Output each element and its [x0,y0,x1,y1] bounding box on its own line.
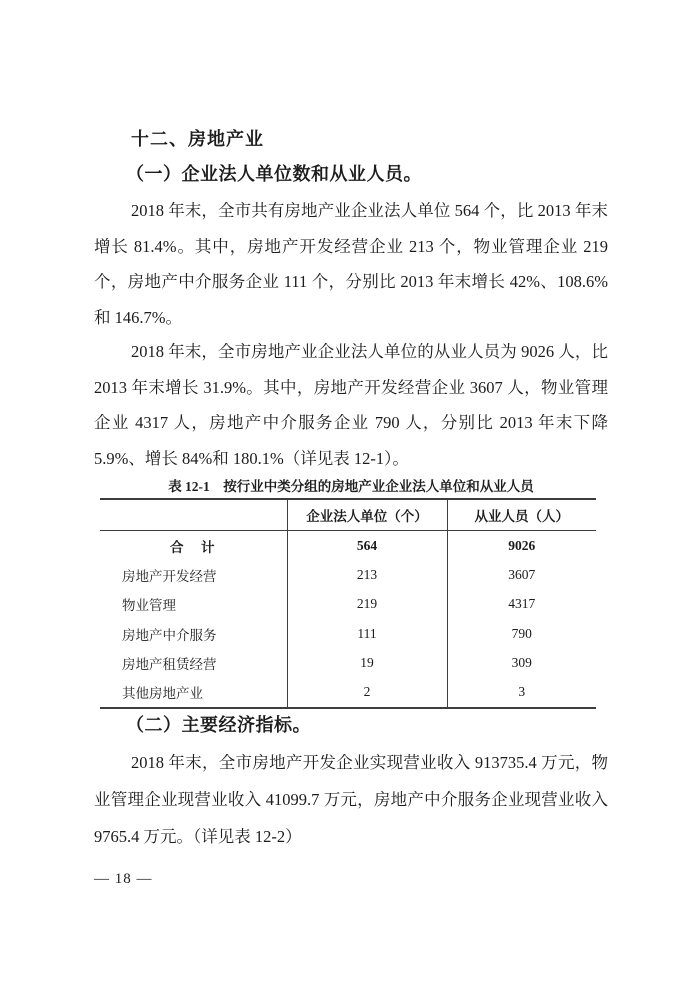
subsection-heading-1: （一）企业法人单位数和从业人员。 [126,160,422,186]
row-units-value: 564 [287,531,447,561]
header-cell-units: 企业法人单位（个） [287,499,447,531]
document-page: 十二、房地产业 （一）企业法人单位数和从业人员。 2018 年末，全市共有房地产… [0,0,700,990]
table-row: 其他房地产业 2 3 [100,677,596,707]
row-units-value: 2 [287,677,447,707]
row-units-value: 19 [287,648,447,677]
row-staff-value: 309 [447,648,596,677]
table-row: 房地产中介服务 111 790 [100,619,596,648]
paragraph-employees: 2018 年末，全市房地产业企业法人单位的从业人员为 9026 人，比 2013… [94,334,608,476]
row-label: 合 计 [100,531,287,561]
row-label: 物业管理 [100,590,287,619]
row-units-value: 111 [287,619,447,648]
table-row: 物业管理 219 4317 [100,590,596,619]
row-staff-value: 3607 [447,560,596,589]
row-staff-value: 9026 [447,531,596,561]
subsection-heading-2: （二）主要经济指标。 [126,711,311,737]
row-staff-value: 790 [447,619,596,648]
table-caption: 表 12-1 按行业中类分组的房地产业企业法人单位和从业人员 [94,475,608,495]
row-label: 房地产中介服务 [100,619,287,648]
header-cell-staff: 从业人员（人） [447,499,596,531]
paragraph-economic-indicators: 2018 年末，全市房地产开发企业实现营业收入 913735.4 万元，物业管理… [94,744,608,855]
page-number: — 18 — [94,871,153,888]
row-staff-value: 4317 [447,590,596,619]
row-units-value: 213 [287,560,447,589]
row-units-value: 219 [287,590,447,619]
table-row: 房地产租赁经营 19 309 [100,648,596,677]
paragraph-legal-units: 2018 年末，全市共有房地产业企业法人单位 564 个，比 2013 年末增长… [94,193,608,335]
row-label: 其他房地产业 [100,677,287,707]
table-header-row: 企业法人单位（个） 从业人员（人） [100,499,596,531]
table-row-total: 合 计 564 9026 [100,531,596,561]
row-label: 房地产开发经营 [100,560,287,589]
row-label: 房地产租赁经营 [100,648,287,677]
table-row: 房地产开发经营 213 3607 [100,560,596,589]
section-heading: 十二、房地产业 [131,125,264,151]
header-cell-blank [100,499,287,531]
stats-table: 企业法人单位（个） 从业人员（人） 合 计 564 9026 房地产开发经营 2… [100,498,596,709]
row-staff-value: 3 [447,677,596,707]
